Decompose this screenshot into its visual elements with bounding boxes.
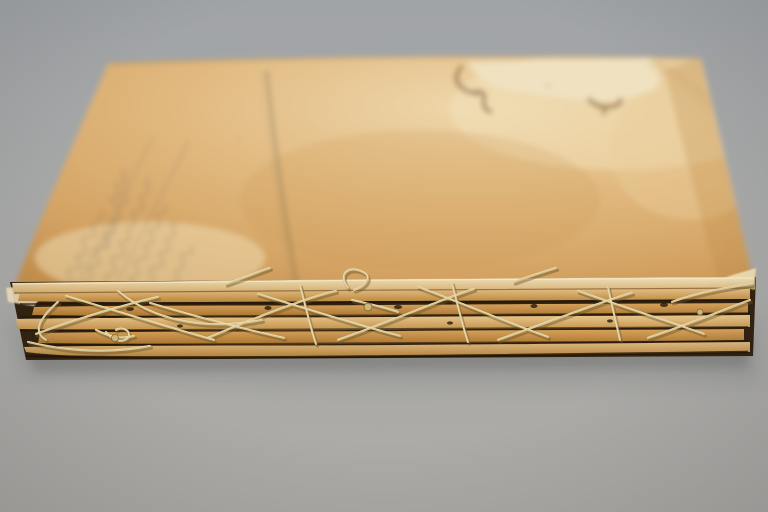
photograph: Close-up photograph of an aged, yellowed… [0, 0, 768, 512]
vignette-overlay [0, 0, 768, 512]
photo-canvas [0, 0, 768, 512]
